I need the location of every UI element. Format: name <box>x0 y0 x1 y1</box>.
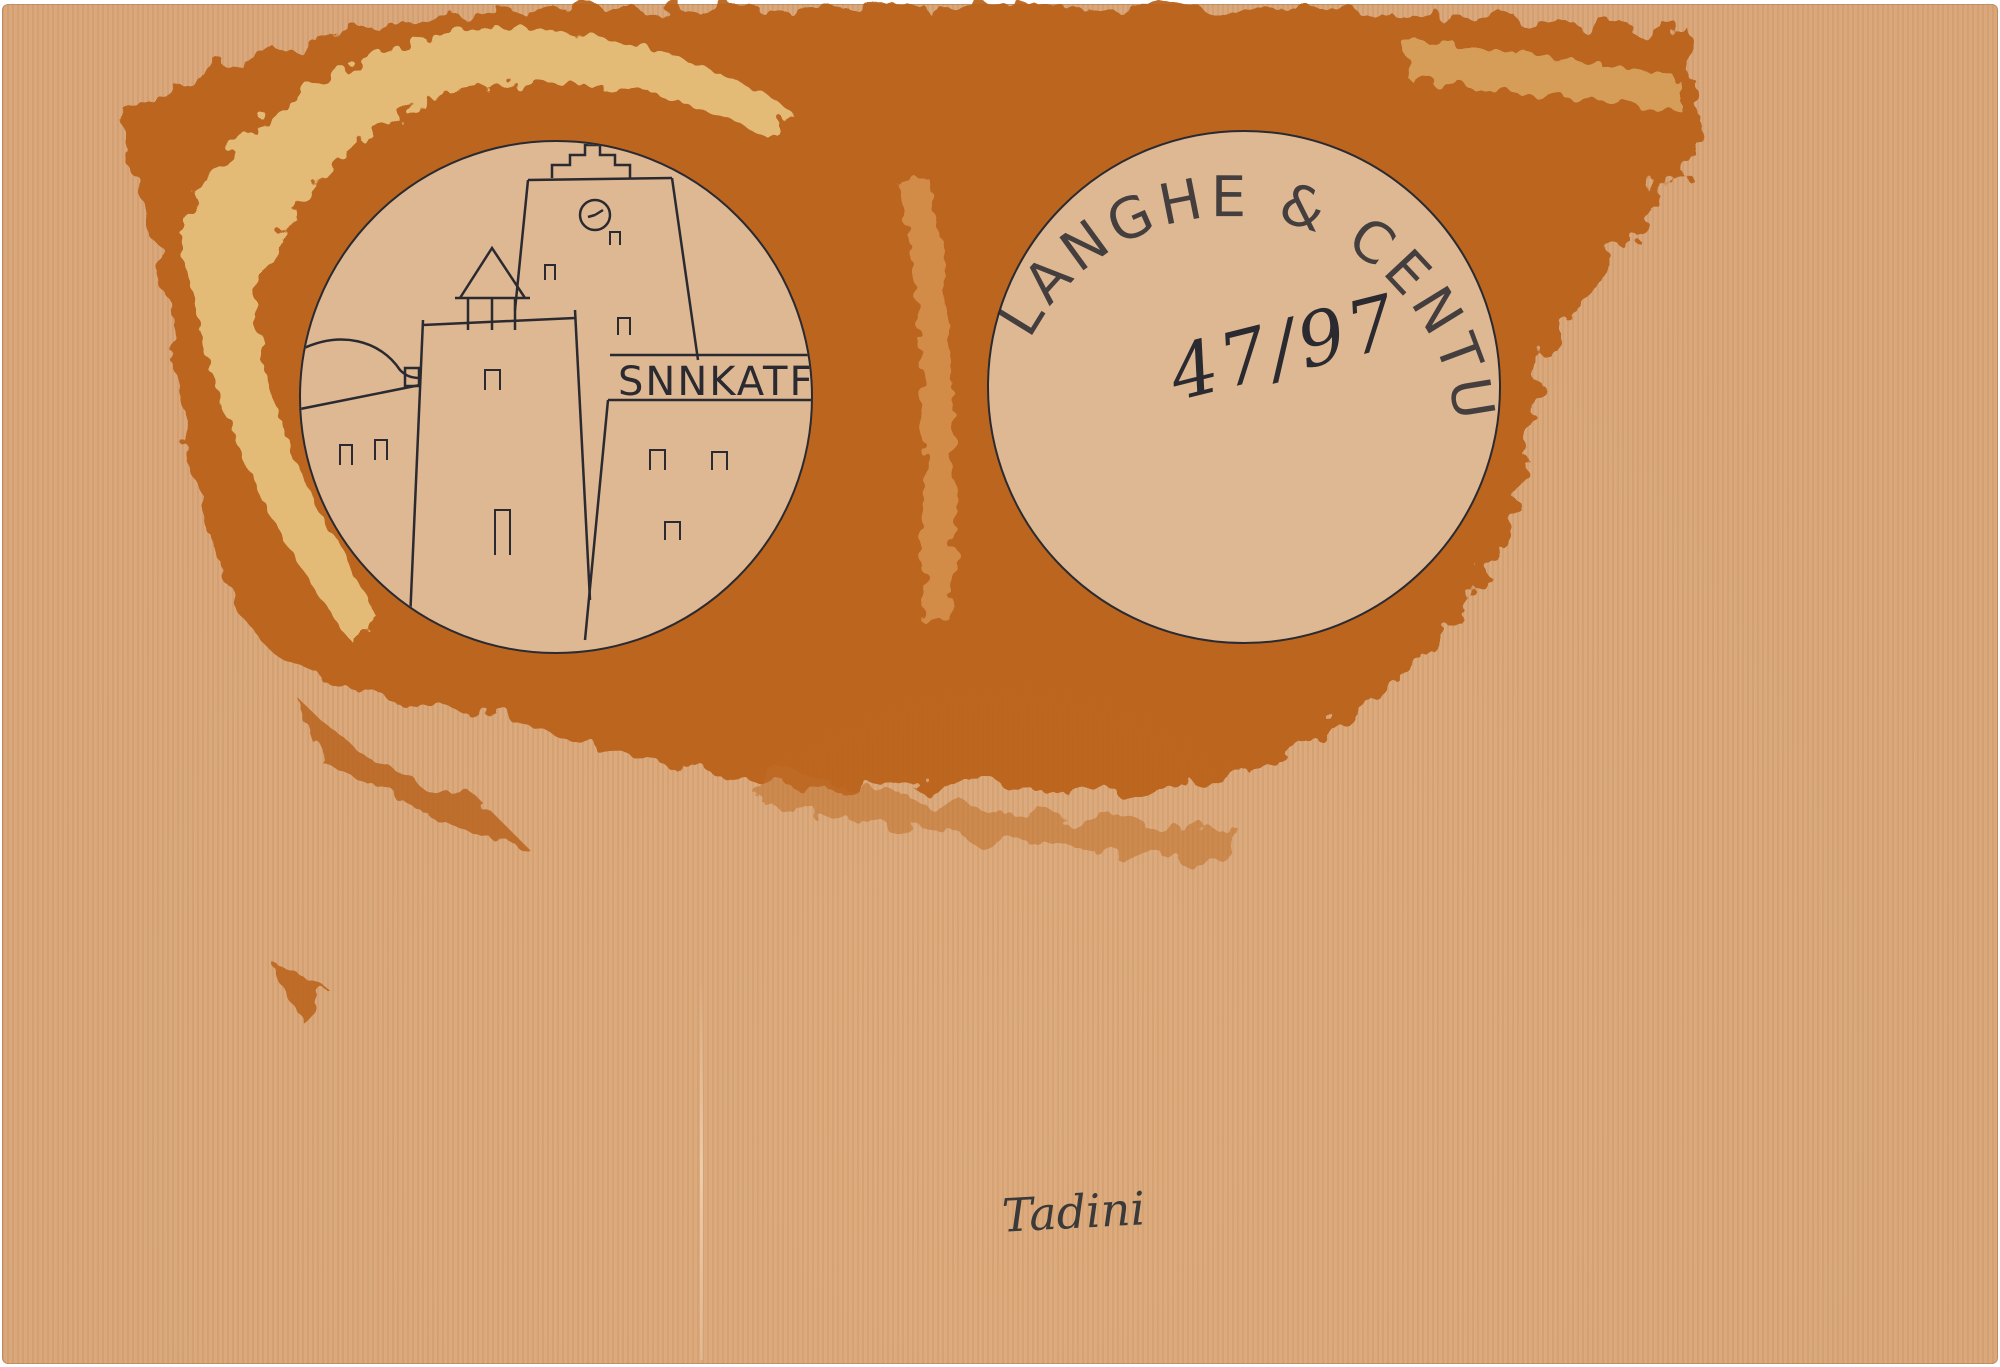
svg-text:SNNKATF: SNNKATF <box>618 359 814 405</box>
artwork-layer: SNNKATF LANGHE & CENTURIONE NATURA <box>0 0 2000 1367</box>
artist-signature: Tadini <box>1001 1181 1147 1242</box>
